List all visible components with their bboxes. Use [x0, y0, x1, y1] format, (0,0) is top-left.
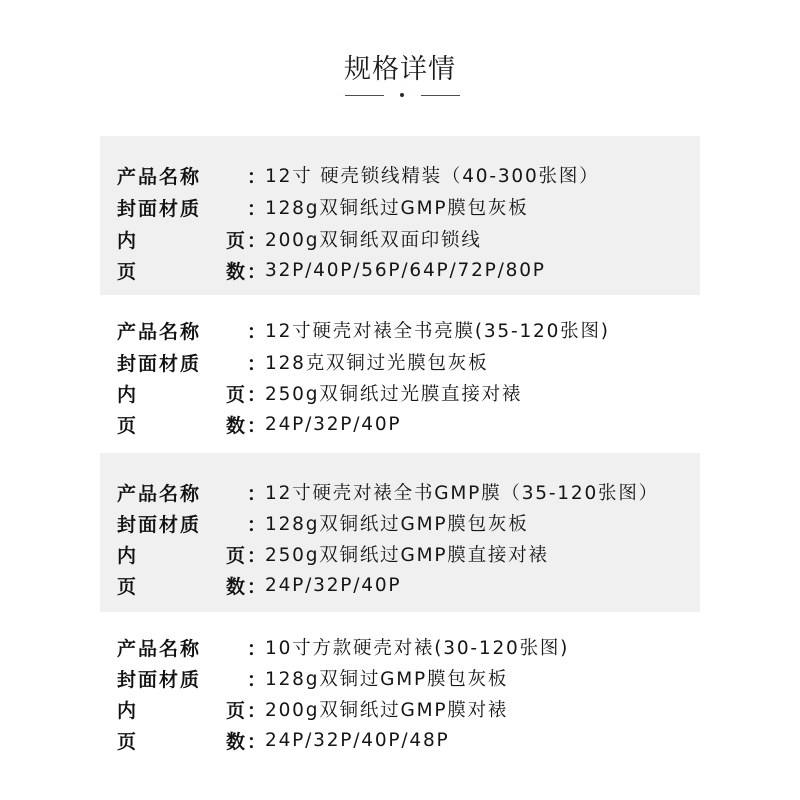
value-cover-material: 128g双铜纸过GMP膜包灰板 [265, 194, 529, 220]
value-product-name: 12寸 硬壳锁线精装（40-300张图） [265, 162, 599, 188]
label-part: 页 [226, 541, 247, 568]
divider-line-right [421, 95, 460, 96]
label-inner-pages: 内页 [117, 696, 247, 723]
value-page-count: 24P/32P/40P [265, 414, 401, 435]
label-part: 页 [117, 572, 138, 599]
spec-row-cover: 封面材质 ： 128克双铜过光膜包灰板 [117, 347, 488, 377]
label-product-name: 产品名称 [117, 317, 247, 344]
label-product-name: 产品名称 [117, 479, 247, 506]
label-inner-pages: 内页 [117, 541, 247, 568]
value-product-name: 12寸硬壳对裱全书亮膜(35-120张图) [265, 317, 610, 343]
value-inner-pages: 200g双铜纸双面印锁线 [265, 226, 482, 252]
label-page-count: 页数 [117, 572, 247, 599]
label-part: 页 [226, 226, 247, 253]
label-part: 数 [226, 572, 247, 599]
spec-block-1: 产品名称 ： 12寸 硬壳锁线精装（40-300张图） 封面材质 ： 128g双… [100, 136, 700, 295]
spec-block-2: 产品名称 ： 12寸硬壳对裱全书亮膜(35-120张图) 封面材质 ： 128克… [100, 295, 700, 453]
value-product-name: 12寸硬壳对裱全书GMP膜（35-120张图） [265, 479, 659, 505]
colon: ： [247, 572, 265, 599]
label-part: 数 [226, 727, 247, 754]
colon: ： [247, 696, 265, 723]
colon: ： [247, 380, 265, 407]
spec-row-cover: 封面材质 ： 128g双铜纸过GMP膜包灰板 [117, 192, 529, 222]
value-inner-pages: 250g双铜纸过GMP膜直接对裱 [265, 541, 549, 567]
label-cover-material: 封面材质 [117, 194, 247, 221]
label-part: 页 [117, 411, 138, 438]
colon: ： [247, 226, 265, 253]
spec-row-pages: 页数 ： 24P/32P/40P/48P [117, 725, 450, 755]
label-part: 页 [117, 257, 138, 284]
spec-row-cover: 封面材质 ： 128g双铜过GMP膜包灰板 [117, 663, 508, 693]
page-title: 规格详情 [0, 47, 800, 86]
colon: ： [247, 665, 265, 692]
divider-dot-icon [400, 93, 404, 97]
colon: ： [247, 510, 265, 537]
spec-row-name: 产品名称 ： 12寸硬壳对裱全书GMP膜（35-120张图） [117, 477, 659, 507]
label-product-name: 产品名称 [117, 162, 247, 189]
value-page-count: 24P/32P/40P [265, 575, 401, 596]
label-inner-pages: 内页 [117, 380, 247, 407]
colon: ： [247, 727, 265, 754]
value-page-count: 32P/40P/56P/64P/72P/80P [265, 260, 546, 281]
spec-row-cover: 封面材质 ： 128g双铜纸过GMP膜包灰板 [117, 508, 529, 538]
spec-row-name: 产品名称 ： 12寸硬壳对裱全书亮膜(35-120张图) [117, 315, 610, 345]
spec-row-pages: 页数 ： 24P/32P/40P [117, 570, 401, 600]
spec-row-inner: 内页 ： 250g双铜纸过GMP膜直接对裱 [117, 539, 549, 569]
value-cover-material: 128g双铜纸过GMP膜包灰板 [265, 510, 529, 536]
spec-row-inner: 内页 ： 250g双铜纸过光膜直接对裱 [117, 378, 522, 408]
value-cover-material: 128克双铜过光膜包灰板 [265, 349, 488, 375]
label-part: 内 [117, 696, 138, 723]
colon: ： [247, 194, 265, 221]
colon: ： [247, 479, 265, 506]
label-cover-material: 封面材质 [117, 510, 247, 537]
label-page-count: 页数 [117, 257, 247, 284]
spec-row-inner: 内页 ： 200g双铜纸双面印锁线 [117, 224, 482, 254]
label-cover-material: 封面材质 [117, 665, 247, 692]
spec-row-name: 产品名称 ： 10寸方款硬壳对裱(30-120张图) [117, 632, 569, 662]
label-product-name: 产品名称 [117, 634, 247, 661]
colon: ： [247, 349, 265, 376]
label-cover-material: 封面材质 [117, 349, 247, 376]
label-part: 页 [226, 696, 247, 723]
label-part: 数 [226, 411, 247, 438]
value-cover-material: 128g双铜过GMP膜包灰板 [265, 665, 508, 691]
value-inner-pages: 200g双铜纸过GMP膜对裱 [265, 696, 508, 722]
divider-line-left [345, 95, 384, 96]
title-divider [345, 94, 461, 97]
label-inner-pages: 内页 [117, 226, 247, 253]
spec-row-pages: 页数 ： 32P/40P/56P/64P/72P/80P [117, 255, 546, 285]
spec-row-inner: 内页 ： 200g双铜纸过GMP膜对裱 [117, 694, 508, 724]
label-page-count: 页数 [117, 727, 247, 754]
label-page-count: 页数 [117, 411, 247, 438]
colon: ： [247, 257, 265, 284]
spec-row-name: 产品名称 ： 12寸 硬壳锁线精装（40-300张图） [117, 160, 599, 190]
label-part: 页 [117, 727, 138, 754]
spec-block-4: 产品名称 ： 10寸方款硬壳对裱(30-120张图) 封面材质 ： 128g双铜… [100, 612, 700, 770]
value-inner-pages: 250g双铜纸过光膜直接对裱 [265, 380, 522, 406]
label-part: 内 [117, 541, 138, 568]
colon: ： [247, 317, 265, 344]
value-product-name: 10寸方款硬壳对裱(30-120张图) [265, 634, 569, 660]
label-part: 内 [117, 380, 138, 407]
colon: ： [247, 411, 265, 438]
label-part: 内 [117, 226, 138, 253]
colon: ： [247, 541, 265, 568]
spec-block-3: 产品名称 ： 12寸硬壳对裱全书GMP膜（35-120张图） 封面材质 ： 12… [100, 453, 700, 612]
colon: ： [247, 634, 265, 661]
colon: ： [247, 162, 265, 189]
label-part: 页 [226, 380, 247, 407]
value-page-count: 24P/32P/40P/48P [265, 730, 450, 751]
spec-row-pages: 页数 ： 24P/32P/40P [117, 409, 401, 439]
label-part: 数 [226, 257, 247, 284]
